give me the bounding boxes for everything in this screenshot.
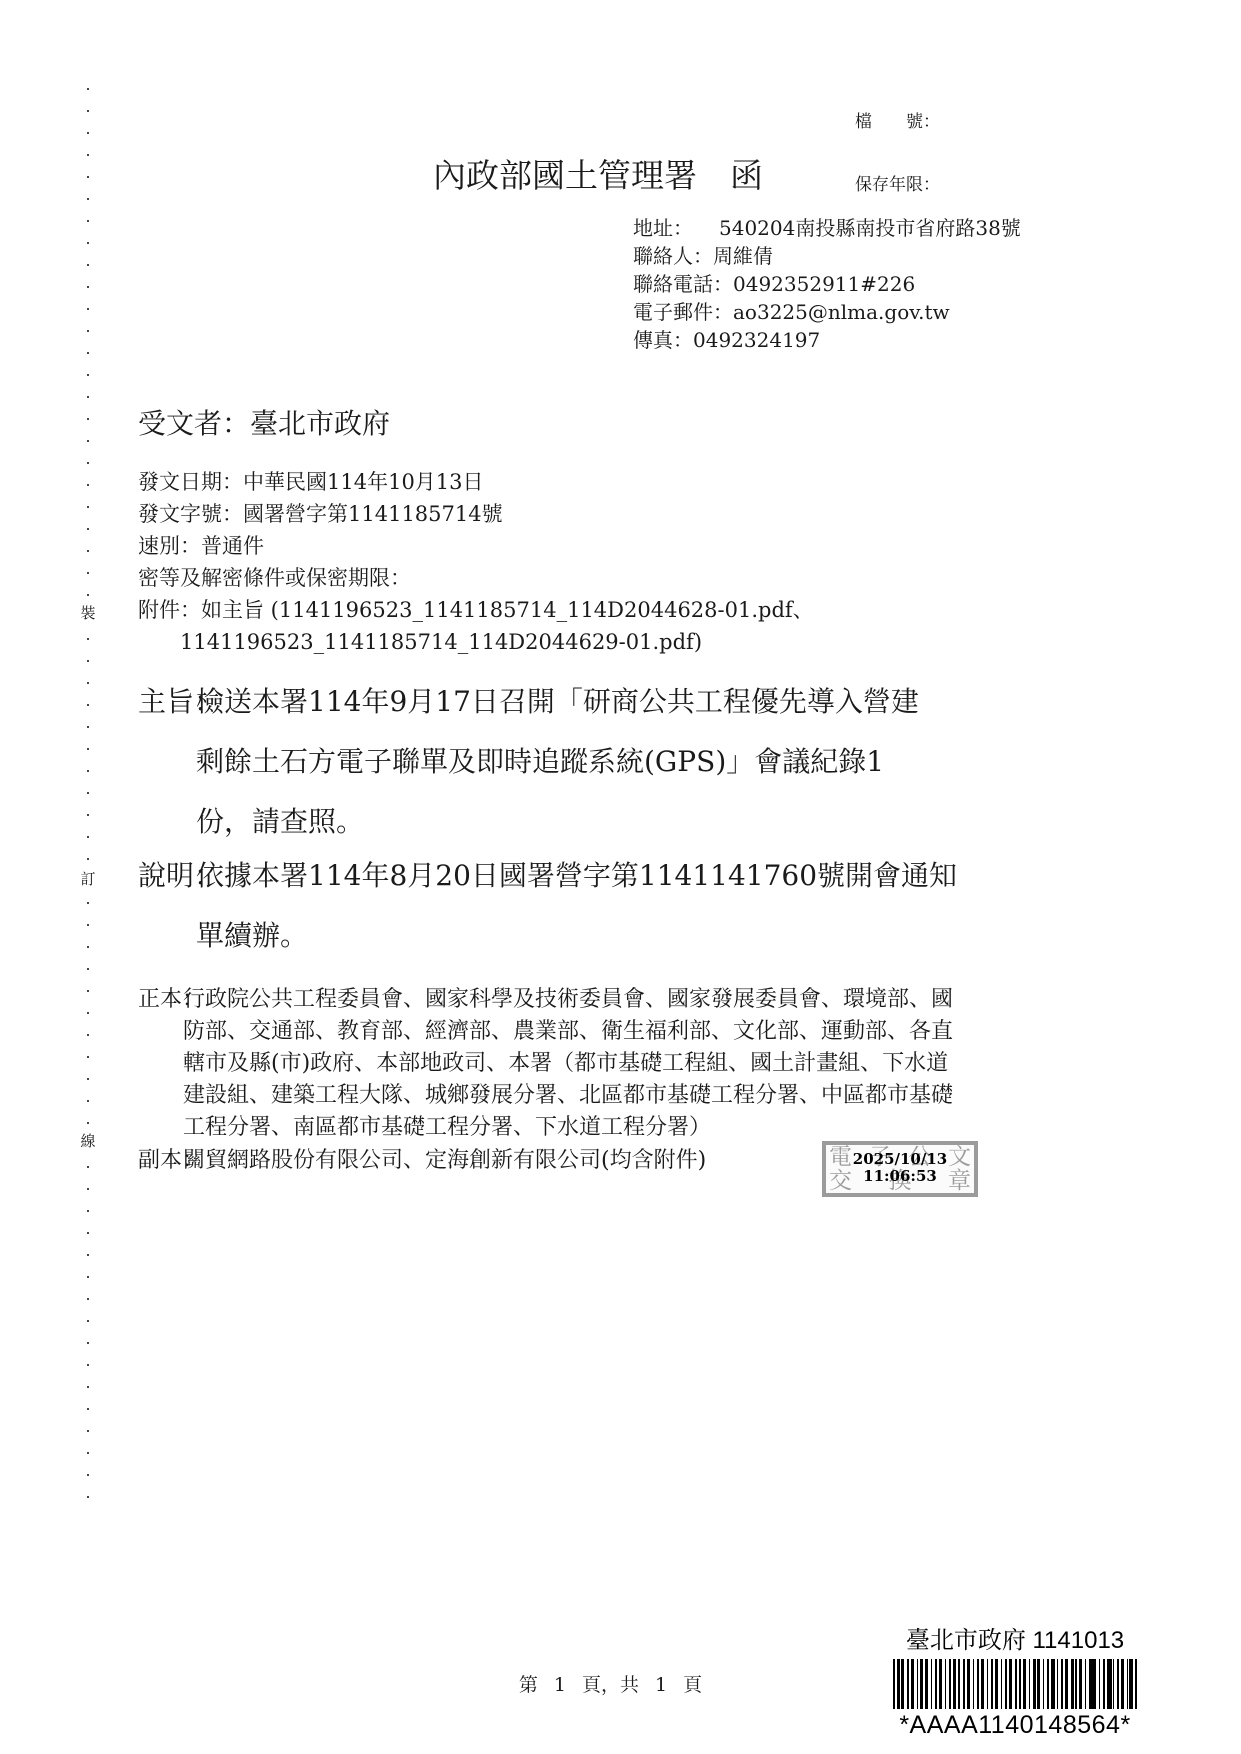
binding-dotted-line: [87, 88, 89, 1516]
binding-mark-ding: 訂: [79, 864, 97, 893]
file-number-block: 檔 號： 保存年限：: [855, 70, 940, 238]
retention-period-label: 保存年限：: [855, 175, 940, 196]
description-line-2: 單續辦。: [196, 906, 976, 966]
subject-line-1: 檢送本署114年9月17日召開「研商公共工程優先導入營建: [196, 672, 976, 732]
phone-value: 0492352911#226: [733, 272, 915, 296]
copy-recipients-line: 關貿網路股份有限公司、定海創新有限公司(均含附件): [183, 1145, 706, 1177]
barcode-block: 臺北市政府 1141013 *AAAA1140148564*: [893, 1620, 1137, 1740]
barcode-label: 臺北市政府 1141013: [893, 1620, 1137, 1655]
description-body: 依據本署114年8月20日國署營字第1141141760號開會通知 單續辦。: [196, 846, 976, 966]
contact-value: 周維倩: [713, 244, 773, 268]
document-page: 裝 訂 線 檔 號： 保存年限： 內政部國土管理署 函 地址：540204南投縣…: [0, 0, 1241, 1754]
stamp-date: 2025/10/13: [826, 1151, 974, 1168]
sender-phone-row: 聯絡電話：0492352911#226: [633, 270, 1021, 298]
phone-label: 聯絡電話：: [633, 272, 733, 296]
fax-value: 0492324197: [693, 328, 820, 352]
original-recipients-line-1: 行政院公共工程委員會、國家科學及技術委員會、國家發展委員會、環境部、國: [183, 984, 1143, 1016]
binding-mark-xian: 線: [79, 1126, 97, 1155]
contact-label: 聯絡人：: [633, 244, 713, 268]
barcode-image: [893, 1659, 1137, 1709]
subject-body: 檢送本署114年9月17日召開「研商公共工程優先導入營建 剩餘土石方電子聯單及即…: [196, 672, 976, 852]
original-recipients-body: 行政院公共工程委員會、國家科學及技術委員會、國家發展委員會、環境部、國 防部、交…: [183, 984, 1143, 1144]
binding-mark-zhuang: 裝: [79, 598, 97, 627]
sender-fax-row: 傳真：0492324197: [633, 326, 1021, 354]
document-title: 內政部國土管理署 函: [433, 150, 763, 197]
description-line-1: 依據本署114年8月20日國署營字第1141141760號開會通知: [196, 846, 976, 906]
address-label: 地址：: [633, 216, 693, 240]
subject-line-3: 份，請查照。: [196, 792, 976, 852]
original-recipients-line-2: 防部、交通部、教育部、經濟部、農業部、衛生福利部、文化部、運動部、各直: [183, 1016, 1143, 1048]
sender-address-row: 地址：540204南投縣南投市省府路38號: [633, 214, 1021, 242]
document-meta-block: 發文日期：中華民國114年10月13日 發文字號：國署營字第1141185714…: [138, 466, 814, 658]
electronic-exchange-stamp: 電子公文 交換章 2025/10/13 11:06:53: [822, 1141, 978, 1197]
original-recipients-line-3: 轄市及縣(市)政府、本部地政司、本署（都市基礎工程組、國土計畫組、下水道: [183, 1048, 1143, 1080]
doc-number-line: 發文字號：國署營字第1141185714號: [138, 498, 814, 530]
attachment-line-2: 1141196523_1141185714_114D2044629-01.pdf…: [138, 626, 814, 658]
recipient-line: 受文者：臺北市政府: [138, 402, 390, 442]
attachment-line-1: 附件：如主旨 (1141196523_1141185714_114D204462…: [138, 594, 814, 626]
original-recipients-line-5: 工程分署、南區都市基礎工程分署、下水道工程分署）: [183, 1112, 1143, 1144]
speed-line: 速別：普通件: [138, 530, 814, 562]
email-value: ao3225@nlma.gov.tw: [733, 300, 950, 324]
fax-label: 傳真：: [633, 328, 693, 352]
email-label: 電子郵件：: [633, 300, 733, 324]
sender-contact-block: 地址：540204南投縣南投市省府路38號 聯絡人：周維倩 聯絡電話：04923…: [633, 214, 1021, 354]
address-value: 540204南投縣南投市省府路38號: [693, 216, 1021, 240]
file-number-label: 檔 號：: [855, 112, 940, 133]
barcode-code-text: *AAAA1140148564*: [893, 1711, 1137, 1740]
sender-email-row: 電子郵件：ao3225@nlma.gov.tw: [633, 298, 1021, 326]
security-line: 密等及解密條件或保密期限：: [138, 562, 814, 594]
stamp-time-value: 11:06:53: [826, 1168, 974, 1185]
original-recipients-line-4: 建設組、建築工程大隊、城鄉發展分署、北區都市基礎工程分署、中區都市基礎: [183, 1080, 1143, 1112]
sender-contact-row: 聯絡人：周維倩: [633, 242, 1021, 270]
stamp-timestamp: 2025/10/13 11:06:53: [826, 1151, 974, 1185]
subject-line-2: 剩餘土石方電子聯單及即時追蹤系統(GPS)」會議紀錄1: [196, 732, 976, 792]
issue-date-line: 發文日期：中華民國114年10月13日: [138, 466, 814, 498]
